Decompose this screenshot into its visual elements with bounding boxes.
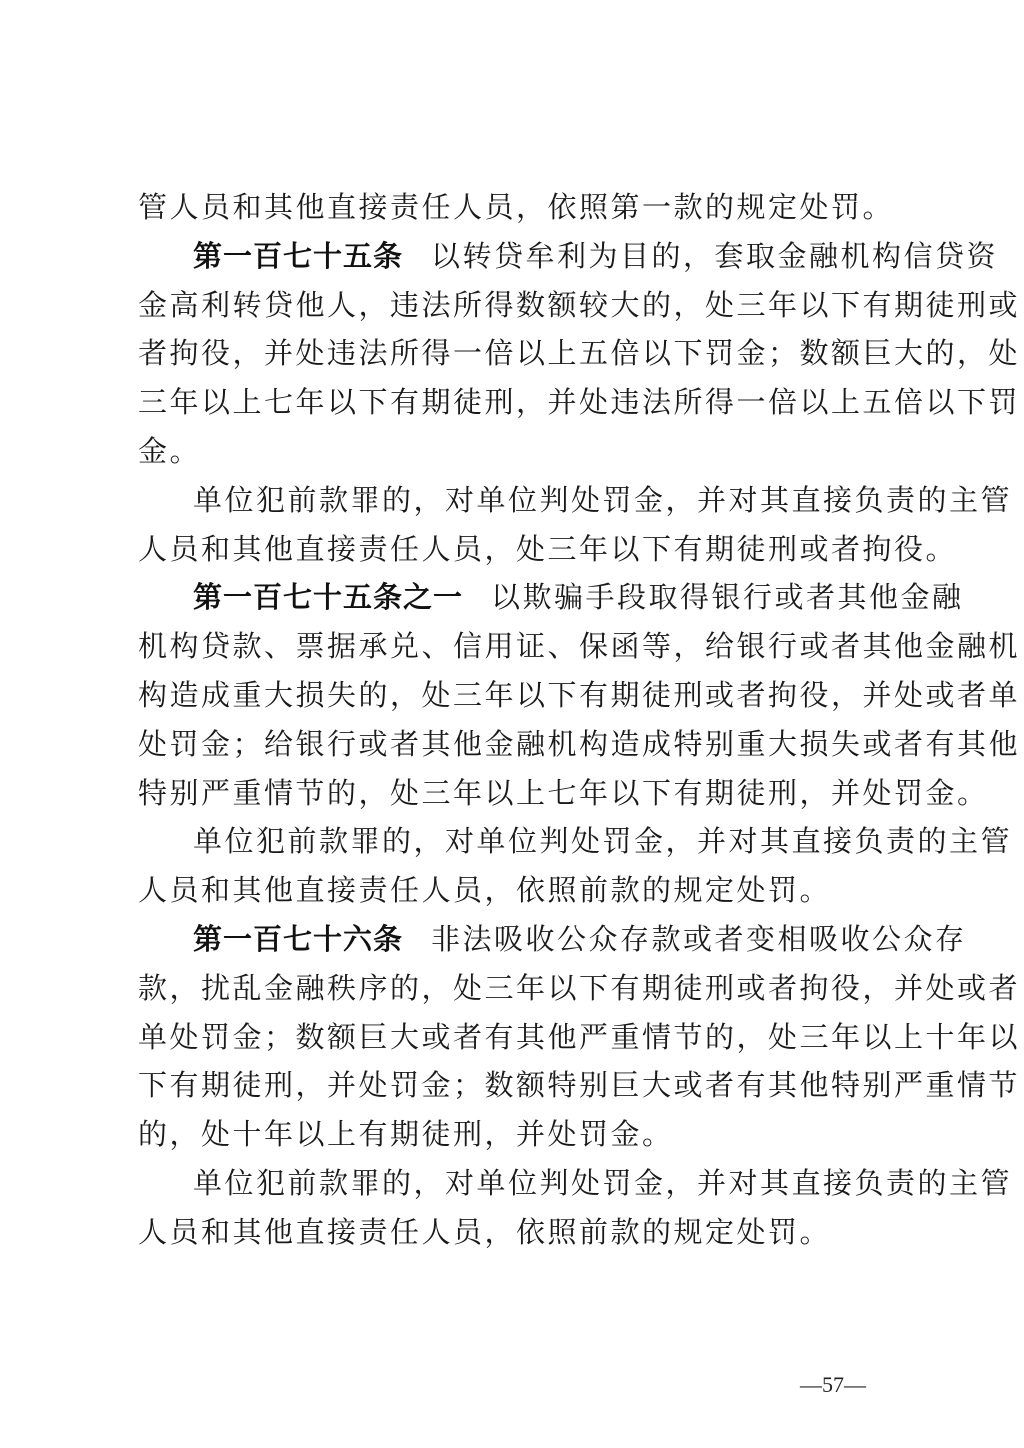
text-line: 下有期徒刑，并处罚金；数额特别巨大或者有其他特别严重情节 (138, 1061, 898, 1110)
text-line: 构造成重大损失的，处三年以下有期徒刑或者拘役，并处或者单 (138, 671, 898, 720)
text-line: 三年以上七年以下有期徒刑，并处违法所得一倍以上五倍以下罚 (138, 378, 898, 427)
text-line: 金高利转贷他人，违法所得数额较大的，处三年以下有期徒刑或 (138, 281, 898, 330)
paragraph-first-line: 单位犯前款罪的，对单位判处罚金，并对其直接负责的主管 (138, 476, 898, 525)
article-176-first-line: 第一百七十六条非法吸收公众存款或者变相吸收公众存 (138, 915, 898, 964)
text-line: 金。 (138, 427, 898, 476)
article-text: 以转贷牟利为目的，套取金融机构信贷资 (431, 239, 998, 273)
text-line: 管人员和其他直接责任人员，依照第一款的规定处罚。 (138, 183, 898, 232)
text-line: 人员和其他直接责任人员，依照前款的规定处罚。 (138, 1208, 898, 1257)
article-title: 第一百七十六条 (193, 922, 403, 956)
article-175-1-first-line: 第一百七十五条之一以欺骗手段取得银行或者其他金融 (138, 573, 898, 622)
text-line: 单处罚金；数额巨大或者有其他严重情节的，处三年以上十年以 (138, 1013, 898, 1062)
document-page: 管人员和其他直接责任人员，依照第一款的规定处罚。 第一百七十五条以转贷牟利为目的… (138, 183, 898, 1257)
text-line: 的，处十年以上有期徒刑，并处罚金。 (138, 1110, 898, 1159)
text-line: 款，扰乱金融秩序的，处三年以下有期徒刑或者拘役，并处或者 (138, 964, 898, 1013)
text-line: 人员和其他直接责任人员，依照前款的规定处罚。 (138, 866, 898, 915)
text-line: 机构贷款、票据承兑、信用证、保函等，给银行或者其他金融机 (138, 622, 898, 671)
page-number: —57— (800, 1372, 866, 1398)
paragraph-first-line: 单位犯前款罪的，对单位判处罚金，并对其直接负责的主管 (138, 1159, 898, 1208)
text-line: 处罚金；给银行或者其他金融机构造成特别重大损失或者有其他 (138, 720, 898, 769)
text-line: 人员和其他直接责任人员，处三年以下有期徒刑或者拘役。 (138, 525, 898, 574)
article-title: 第一百七十五条之一 (193, 580, 463, 614)
article-text: 非法吸收公众存款或者变相吸收公众存 (431, 922, 967, 956)
text-line: 者拘役，并处违法所得一倍以上五倍以下罚金；数额巨大的，处 (138, 329, 898, 378)
text-line: 特别严重情节的，处三年以上七年以下有期徒刑，并处罚金。 (138, 769, 898, 818)
article-175-first-line: 第一百七十五条以转贷牟利为目的，套取金融机构信贷资 (138, 232, 898, 281)
article-title: 第一百七十五条 (193, 239, 403, 273)
paragraph-first-line: 单位犯前款罪的，对单位判处罚金，并对其直接负责的主管 (138, 817, 898, 866)
article-text: 以欺骗手段取得银行或者其他金融 (491, 580, 964, 614)
